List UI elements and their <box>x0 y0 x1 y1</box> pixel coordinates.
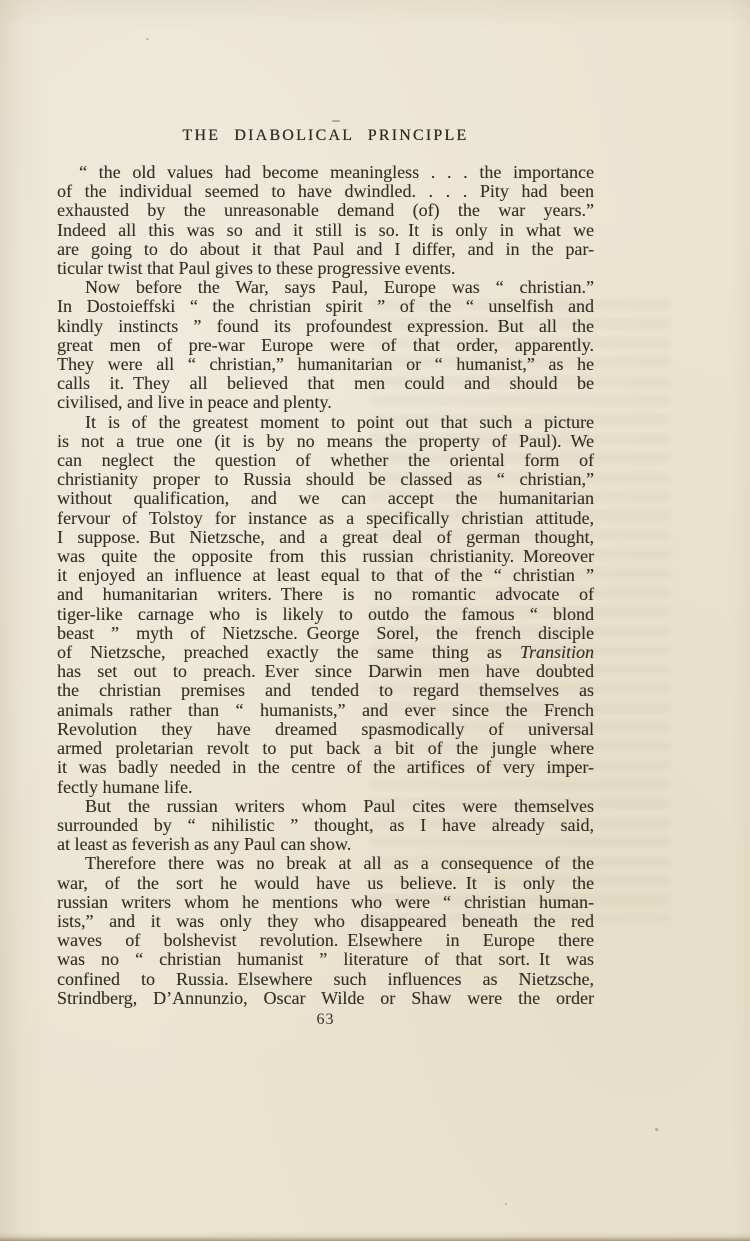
text-line: at least as feverish as any Paul can sho… <box>57 835 594 854</box>
text-line: fervour of Tolstoy for instance as a spe… <box>57 509 594 528</box>
text-line: exhausted by the unreasonable demand (of… <box>57 201 594 220</box>
text-line: was no “ christian humanist ” literature… <box>57 950 594 969</box>
text-line: fectly humane life. <box>57 778 594 797</box>
text-line: I suppose. But Nietzsche, and a great de… <box>57 528 594 547</box>
text-line: kindly instincts ” found its profoundest… <box>57 317 594 336</box>
running-header: THE DIABOLICAL PRINCIPLE <box>57 127 594 145</box>
text-line-with-italic: of Nietzsche, preached exactly the same … <box>57 643 594 662</box>
text-line: has set out to preach. Ever since Darwin… <box>57 662 594 681</box>
paragraph-1: “ the old values had become meaningless … <box>57 163 594 278</box>
text-line: Now before the War, says Paul, Europe wa… <box>57 278 594 297</box>
text-line: ticular twist that Paul gives to these p… <box>57 259 594 278</box>
text-line: animals rather than “ humanists,” and ev… <box>57 701 594 720</box>
text-line: it was badly needed in the centre of the… <box>57 758 594 777</box>
text-line: russian writers whom he mentions who wer… <box>57 893 594 912</box>
text-line: armed proletarian revolt to put back a b… <box>57 739 594 758</box>
text-line: is not a true one (it is by no means the… <box>57 432 594 451</box>
text-line: Therefore there was no break at all as a… <box>57 854 594 873</box>
text-line: It is of the greatest moment to point ou… <box>57 413 594 432</box>
page-bottom-edge <box>0 1237 750 1241</box>
text-line: waves of bolshevist revolution. Elsewher… <box>57 931 594 950</box>
text-line: “ the old values had become meaningless … <box>57 163 594 182</box>
body-text: “ the old values had become meaningless … <box>57 163 594 1008</box>
paragraph-4: But the russian writers whom Paul cites … <box>57 797 594 855</box>
text-line: of the individual seemed to have dwindle… <box>57 182 594 201</box>
text-line: christianity proper to Russia should be … <box>57 470 594 489</box>
text-line: it enjoyed an influence at least equal t… <box>57 566 594 585</box>
text-line: Indeed all this was so and it still is s… <box>57 221 594 240</box>
text-line: can neglect the question of whether the … <box>57 451 594 470</box>
paper-speck <box>146 38 149 40</box>
text-line: are going to do about it that Paul and I… <box>57 240 594 259</box>
paragraph-3: It is of the greatest moment to point ou… <box>57 413 594 797</box>
paragraph-2: Now before the War, says Paul, Europe wa… <box>57 278 594 412</box>
text-line: Strindberg, D’Annunzio, Oscar Wilde or S… <box>57 989 594 1008</box>
book-page-scan: THE DIABOLICAL PRINCIPLE “ the old value… <box>0 0 750 1241</box>
paper-speck <box>332 120 340 122</box>
text-line: confined to Russia. Elsewhere such influ… <box>57 970 594 989</box>
paper-speck <box>505 1203 507 1205</box>
paragraph-5: Therefore there was no break at all as a… <box>57 854 594 1008</box>
page-number: 63 <box>57 1011 594 1029</box>
text-line: ists,” and it was only they who disappea… <box>57 912 594 931</box>
text-line: war, of the sort he would have us believ… <box>57 874 594 893</box>
text-segment: of Nietzsche, preached exactly the same … <box>57 642 520 662</box>
text-line: calls it. They all believed that men cou… <box>57 374 594 393</box>
text-line: surrounded by “ nihilistic ” thought, as… <box>57 816 594 835</box>
italic-word: Transition <box>520 642 594 662</box>
text-line: the christian premises and tended to reg… <box>57 681 594 700</box>
text-line: In Dostoieffski “ the christian spirit ”… <box>57 297 594 316</box>
text-line: tiger-like carnage who is likely to outd… <box>57 605 594 624</box>
text-line: without qualification, and we can accept… <box>57 489 594 508</box>
paper-speck <box>655 1128 658 1131</box>
text-line: But the russian writers whom Paul cites … <box>57 797 594 816</box>
text-line: Revolution they have dreamed spasmodical… <box>57 720 594 739</box>
text-line: They were all “ christian,” humanitarian… <box>57 355 594 374</box>
text-line: great men of pre-war Europe were of that… <box>57 336 594 355</box>
text-line: and humanitarian writers. There is no ro… <box>57 585 594 604</box>
text-line: beast ” myth of Nietzsche. George Sorel,… <box>57 624 594 643</box>
text-line: civilised, and live in peace and plenty. <box>57 393 594 412</box>
text-line: was quite the opposite from this russian… <box>57 547 594 566</box>
